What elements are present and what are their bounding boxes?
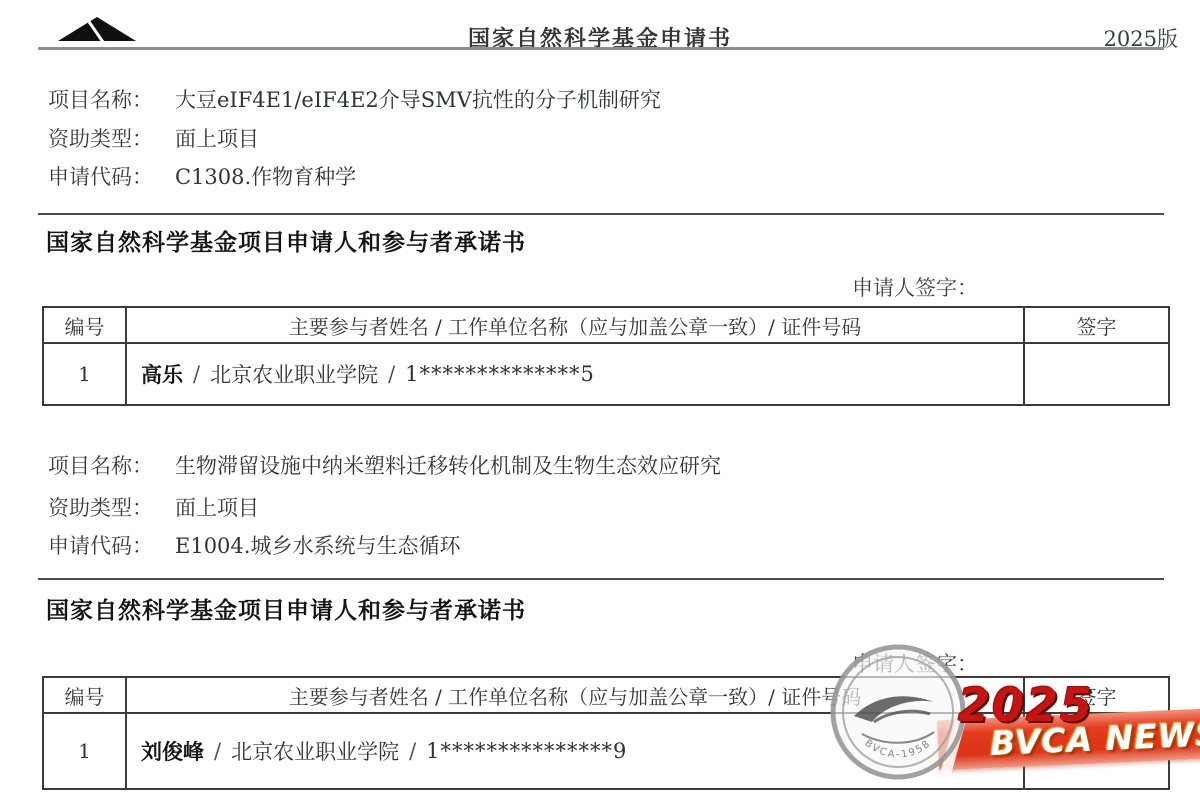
application-document-page: 国家自然科学基金申请书 2025版 项目名称：大豆eIF4E1/eIF4E2介导… (0, 0, 1200, 800)
project1-type-row: 资助类型：面上项目 (48, 123, 259, 153)
applicant-signature-label-1: 申请人签字： (852, 272, 978, 302)
project-name-label: 项目名称： (48, 84, 175, 114)
section2-divider (38, 578, 1164, 580)
row-number-cell: 1 (44, 344, 127, 404)
participant-name: 高乐 (141, 359, 183, 389)
table-row: 1 高乐 / 北京农业职业学院 / 1**************5 (44, 344, 1168, 404)
project-name-value: 生物滞留设施中纳米塑料迁移转化机制及生物生态效应研究 (175, 454, 721, 478)
separator: / (193, 362, 200, 386)
application-code-value: C1308.作物育种学 (175, 165, 356, 189)
separator: / (388, 362, 395, 386)
project-name-label: 项目名称： (48, 450, 175, 480)
participant-id-masked: 1**************5 (405, 362, 595, 386)
col-header-participant: 主要参与者姓名 / 工作单位名称（应与加盖公章一致）/ 证件号码 (127, 308, 1023, 342)
application-code-label: 申请代码： (48, 530, 175, 560)
header-divider (38, 47, 1164, 50)
col-header-signature: 签字 (1023, 308, 1168, 342)
application-code-value: E1004.城乡水系统与生态循环 (175, 534, 460, 558)
bvca-stamp-seal: BVCA-1958 (828, 642, 968, 782)
application-code-label: 申请代码： (48, 161, 175, 191)
project1-name-row: 项目名称：大豆eIF4E1/eIF4E2介导SMV抗性的分子机制研究 (48, 84, 661, 114)
col-header-number: 编号 (44, 308, 127, 342)
participant-org: 北京农业职业学院 (231, 736, 399, 766)
project2-type-row: 资助类型：面上项目 (48, 492, 259, 522)
col-header-number: 编号 (44, 678, 127, 712)
funding-type-label: 资助类型： (48, 123, 175, 153)
separator: / (214, 739, 221, 763)
project2-name-row: 项目名称：生物滞留设施中纳米塑料迁移转化机制及生物生态效应研究 (48, 450, 721, 480)
funding-type-value: 面上项目 (175, 127, 259, 151)
separator: / (409, 739, 416, 763)
watermark-year: 2025 (958, 678, 1094, 732)
signature-cell (1023, 344, 1168, 404)
project1-code-row: 申请代码：C1308.作物育种学 (48, 161, 356, 191)
table-header-row: 编号 主要参与者姓名 / 工作单位名称（应与加盖公章一致）/ 证件号码 签字 (44, 308, 1168, 344)
participant-org: 北京农业职业学院 (210, 359, 378, 389)
funding-type-value: 面上项目 (175, 496, 259, 520)
participant-cell: 高乐 / 北京农业职业学院 / 1**************5 (127, 344, 1023, 404)
project-name-value: 大豆eIF4E1/eIF4E2介导SMV抗性的分子机制研究 (175, 88, 661, 112)
row-number-cell: 1 (44, 714, 127, 788)
participant-name: 刘俊峰 (141, 736, 204, 766)
section1-divider (38, 213, 1164, 215)
pledge-title-2: 国家自然科学基金项目申请人和参与者承诺书 (46, 592, 526, 625)
participant-id-masked: 1***************9 (426, 739, 627, 763)
funding-type-label: 资助类型： (48, 492, 175, 522)
project2-code-row: 申请代码：E1004.城乡水系统与生态循环 (48, 530, 460, 560)
participants-table-1: 编号 主要参与者姓名 / 工作单位名称（应与加盖公章一致）/ 证件号码 签字 1… (42, 306, 1170, 406)
pledge-title-1: 国家自然科学基金项目申请人和参与者承诺书 (46, 224, 526, 257)
